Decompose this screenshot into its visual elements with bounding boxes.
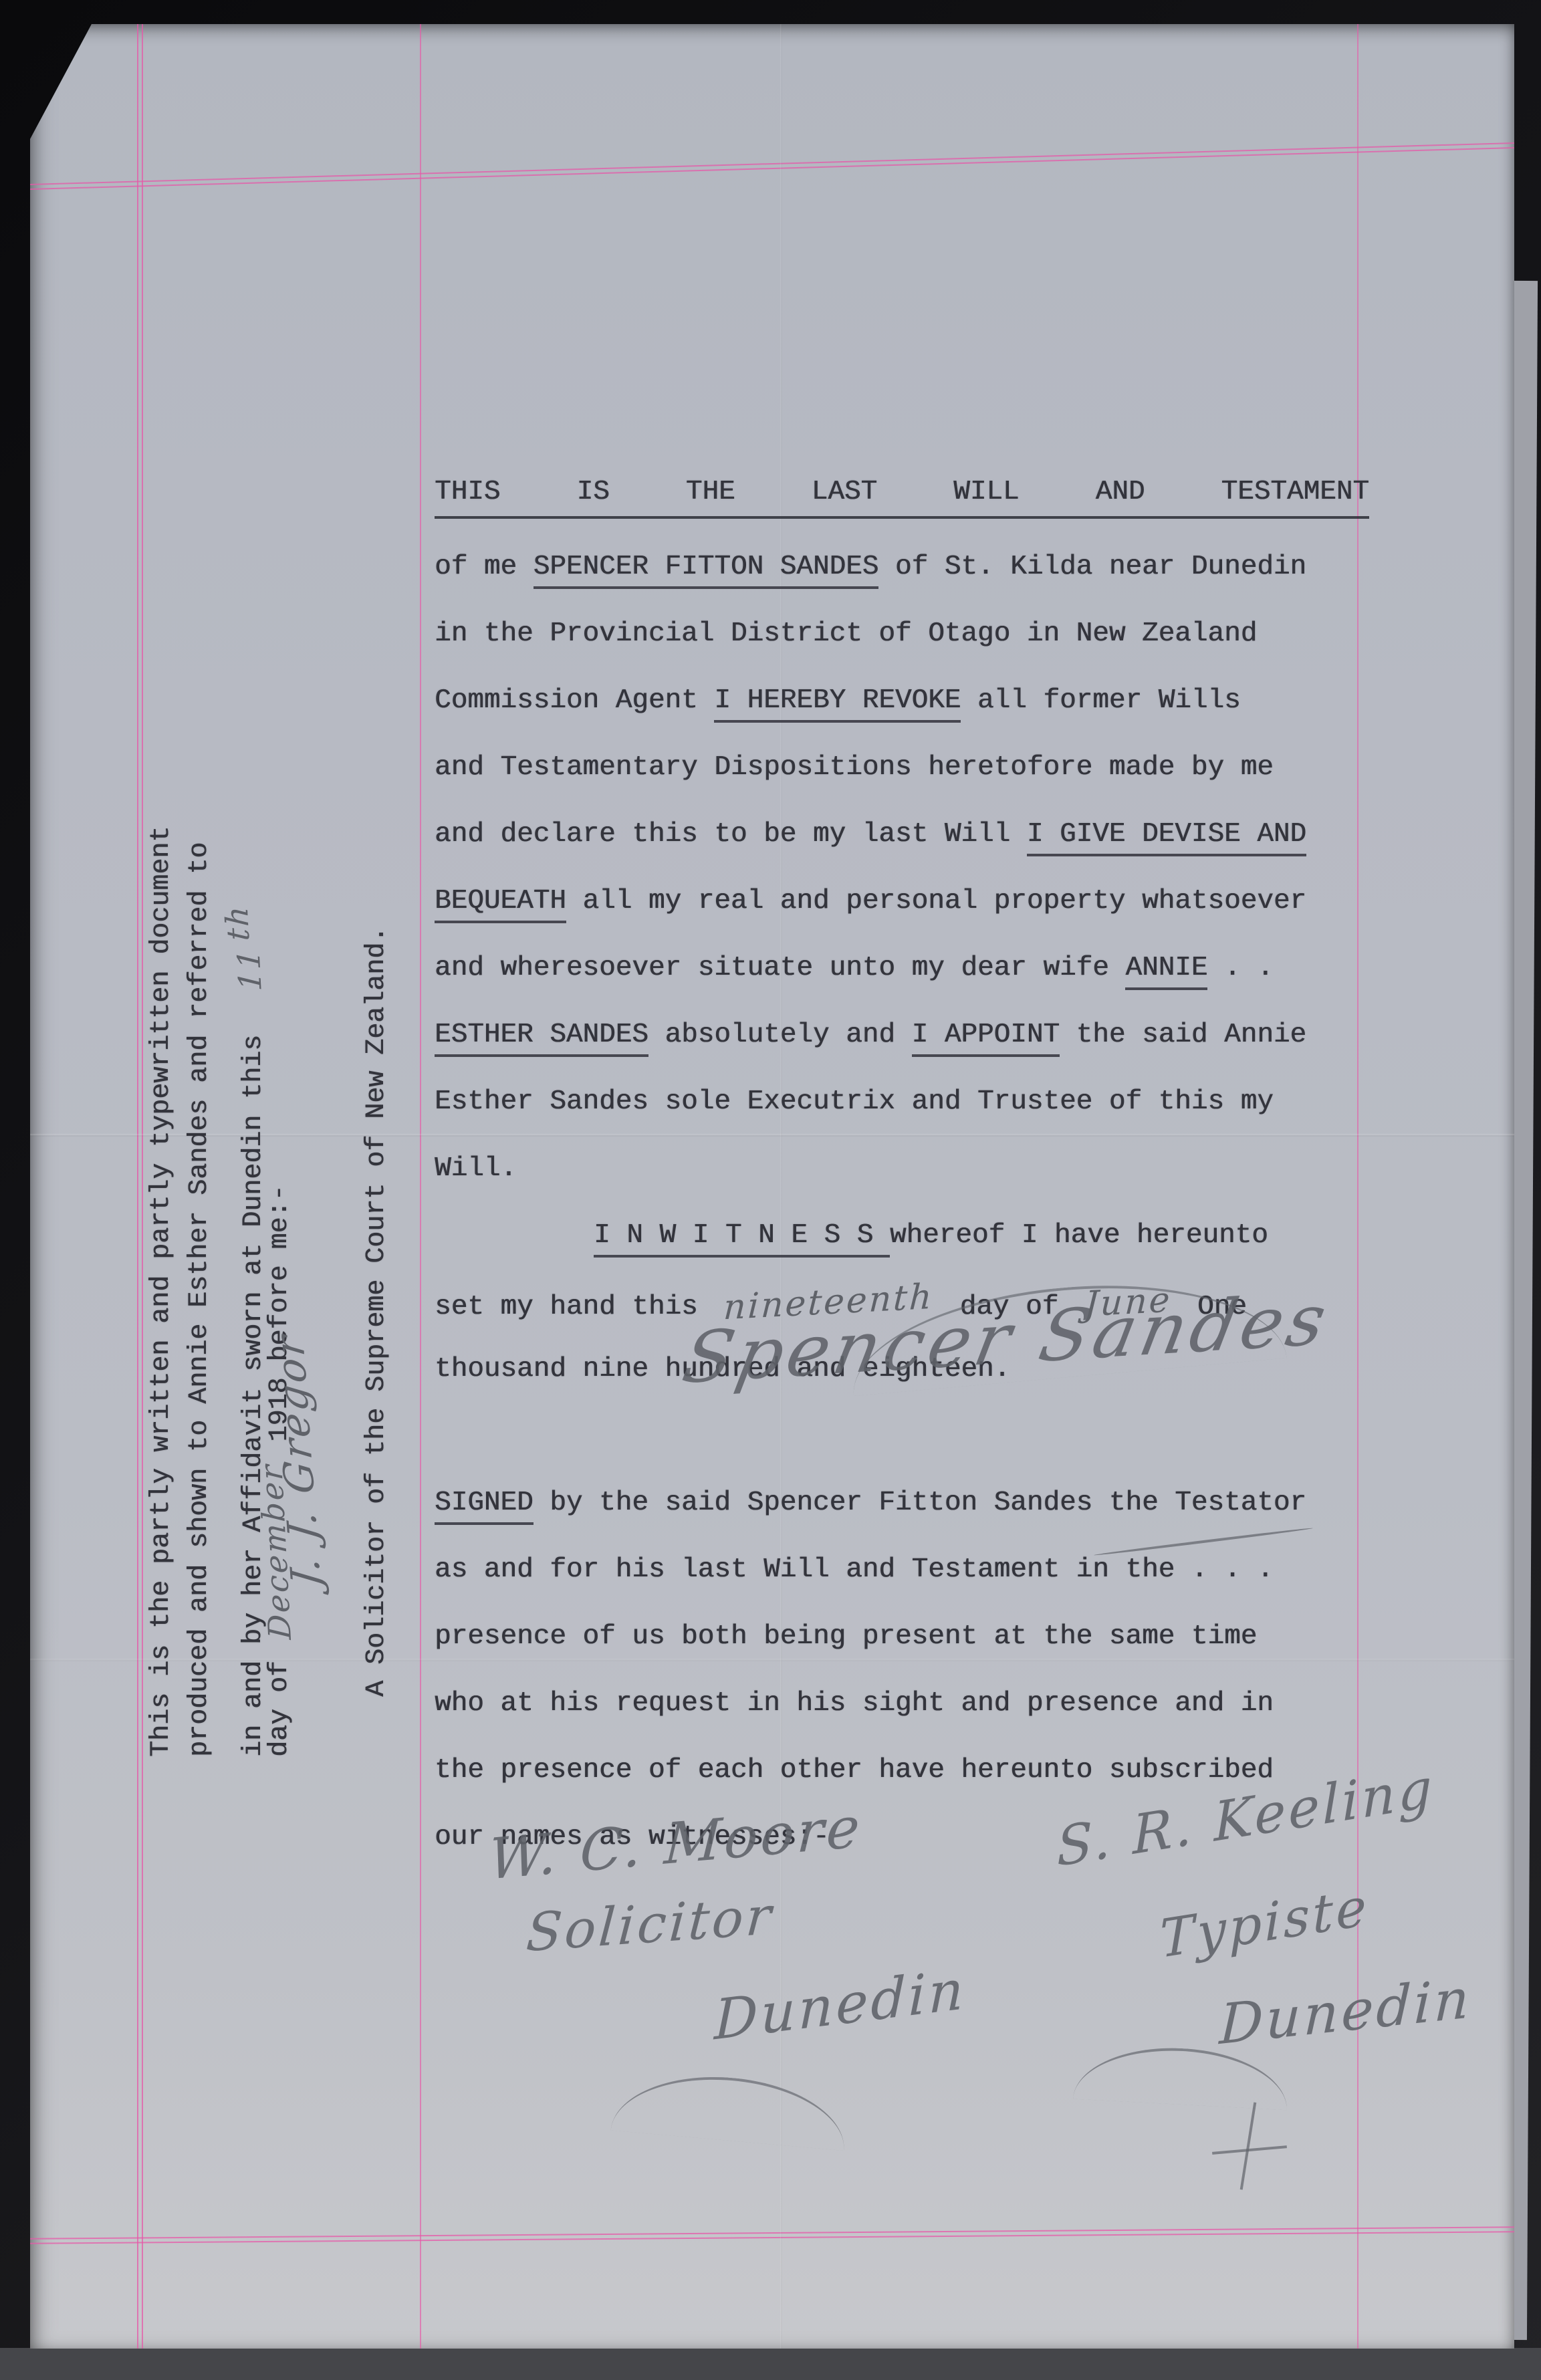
handwritten-insertion: th	[217, 904, 257, 942]
will-text-line: who at his request in his sight and pres…	[435, 1670, 1369, 1737]
typed-text: and Testamentary Dispositions heretofore…	[435, 752, 1274, 783]
will-text-line: in the Provincial District of Otago in N…	[435, 600, 1369, 667]
will-title-word: TESTAMENT	[1221, 475, 1369, 509]
typed-text: day of	[265, 1645, 295, 1757]
typed-text: in the Provincial District of Otago in N…	[435, 618, 1257, 649]
typed-text: and wheresoever situate unto my dear wif…	[435, 953, 1125, 983]
witness-right-role-signature: Typiste	[1159, 1877, 1369, 1970]
typed-text: This is the partly written and partly ty…	[146, 826, 176, 1757]
underlined-typed-text: ESTHER SANDES	[435, 1020, 648, 1057]
margin-note-line: in and by her Affidavit sworn at Dunedin…	[219, 714, 257, 1757]
will-text-line: Commission Agent I HEREBY REVOKE all for…	[435, 667, 1369, 734]
will-text-line: and declare this to be my last Will I GI…	[435, 801, 1369, 868]
underlined-typed-text: I HEREBY REVOKE	[714, 685, 961, 723]
will-title-word: WILL	[953, 475, 1019, 509]
underlined-typed-text: I APPOINT	[912, 1020, 1060, 1057]
underlined-typed-text: I N W I T N E S S	[594, 1220, 890, 1258]
pen-cross-mark-horizontal	[1212, 2145, 1287, 2155]
will-text-line: BEQUEATH all my real and personal proper…	[435, 868, 1369, 935]
will-text-line: of me SPENCER FITTON SANDES of St. Kilda…	[435, 533, 1369, 600]
will-text-line: and Testamentary Dispositions heretofore…	[435, 734, 1369, 801]
handwritten-insertion: 11	[229, 947, 270, 991]
will-text-line: I N W I T N E S S whereof I have hereunt…	[435, 1202, 1369, 1269]
will-body-text: THISISTHELASTWILLANDTESTAMENT of me SPEN…	[435, 459, 1369, 1871]
margin-rule-text-left	[420, 24, 421, 2349]
typed-text: by the said Spencer Fitton Sandes the Te…	[534, 1487, 1306, 1518]
typed-text: of St. Kilda near Dunedin	[878, 552, 1306, 582]
typed-text: absolutely and	[648, 1020, 912, 1050]
typed-text: Commission Agent	[435, 685, 714, 716]
pen-cross-mark-vertical	[1240, 2102, 1257, 2189]
will-title-word: LAST	[812, 475, 877, 509]
typed-text: set my hand this	[435, 1292, 714, 1322]
will-text-lines: of me SPENCER FITTON SANDES of St. Kilda…	[435, 533, 1369, 1871]
will-text-line: presence of us both being present at the…	[435, 1603, 1369, 1670]
will-text-line: Esther Sandes sole Executrix and Trustee…	[435, 1068, 1369, 1135]
typed-text: as and for his last Will and Testament i…	[435, 1554, 1274, 1585]
will-text-line: Will.	[435, 1135, 1369, 1202]
will-title-word: THE	[686, 475, 735, 509]
typed-text: presence of us both being present at the…	[435, 1621, 1257, 1652]
typed-text: all former Wills	[961, 685, 1240, 716]
underlined-typed-text: SIGNED	[435, 1487, 534, 1525]
underlined-typed-text: SPENCER FITTON SANDES	[534, 552, 879, 589]
scan-background-bottom	[0, 2348, 1541, 2380]
witness-left-place-signature: Dunedin	[714, 1957, 967, 2052]
scanned-document-screen: This is the partly written and partly ty…	[0, 0, 1541, 2380]
will-document-page: This is the partly written and partly ty…	[30, 24, 1514, 2349]
typed-text: the presence of each other have hereunto…	[435, 1755, 1274, 1786]
margin-attestation-lines: This is the partly written and partly ty…	[142, 714, 295, 1757]
typed-text: of me	[435, 552, 534, 582]
will-text-line: and wheresoever situate unto my dear wif…	[435, 935, 1369, 1001]
typed-text: the said Annie	[1060, 1020, 1306, 1050]
will-title-word: IS	[576, 475, 609, 509]
typed-text: and declare this to be my last Will	[435, 819, 1027, 850]
margin-rule-left-outer	[137, 24, 138, 2349]
margin-note-line: day of December 1918 before me:-	[257, 714, 295, 1757]
underlined-typed-text: I GIVE DEVISE AND	[1027, 819, 1306, 856]
typed-text: Will.	[435, 1153, 517, 1184]
will-text-line: SIGNED by the said Spencer Fitton Sandes…	[435, 1469, 1369, 1536]
witness-left-flourish	[611, 2068, 850, 2151]
typed-text: whereof I have hereunto	[890, 1220, 1268, 1251]
will-text-line	[435, 1403, 1369, 1469]
typed-text: Esther Sandes sole Executrix and Trustee…	[435, 1086, 1274, 1117]
margin-rule-top-inner	[23, 147, 1520, 191]
witness-right-place-signature: Dunedin	[1218, 1967, 1473, 2058]
margin-note-line: produced and shown to Annie Esther Sande…	[181, 714, 219, 1757]
underlined-typed-text: ANNIE	[1125, 953, 1207, 990]
margin-rule-top-outer	[23, 142, 1520, 186]
typed-text: . .	[1207, 953, 1273, 983]
will-text-line: ESTHER SANDES absolutely and I APPOINT t…	[435, 1001, 1369, 1068]
will-title-line: THISISTHELASTWILLANDTESTAMENT	[435, 467, 1369, 519]
typed-text: produced and shown to Annie Esther Sande…	[185, 842, 215, 1757]
will-title-row: THISISTHELASTWILLANDTESTAMENT	[435, 467, 1369, 533]
witness-left-role-signature: Solicitor	[524, 1886, 776, 1964]
will-title-word: AND	[1096, 475, 1145, 509]
margin-note-line: This is the partly written and partly ty…	[142, 714, 181, 1757]
will-title-word: THIS	[435, 475, 500, 509]
solicitor-attestation-line: A Solicitor of the Supreme Court of New …	[358, 927, 396, 1697]
typed-text: who at his request in his sight and pres…	[435, 1688, 1274, 1719]
underlined-typed-text: BEQUEATH	[435, 886, 566, 923]
margin-attestation-note: This is the partly written and partly ty…	[142, 714, 413, 1757]
will-text-line: as and for his last Will and Testament i…	[435, 1536, 1369, 1603]
typed-text: all my real and personal property whatso…	[566, 886, 1306, 917]
